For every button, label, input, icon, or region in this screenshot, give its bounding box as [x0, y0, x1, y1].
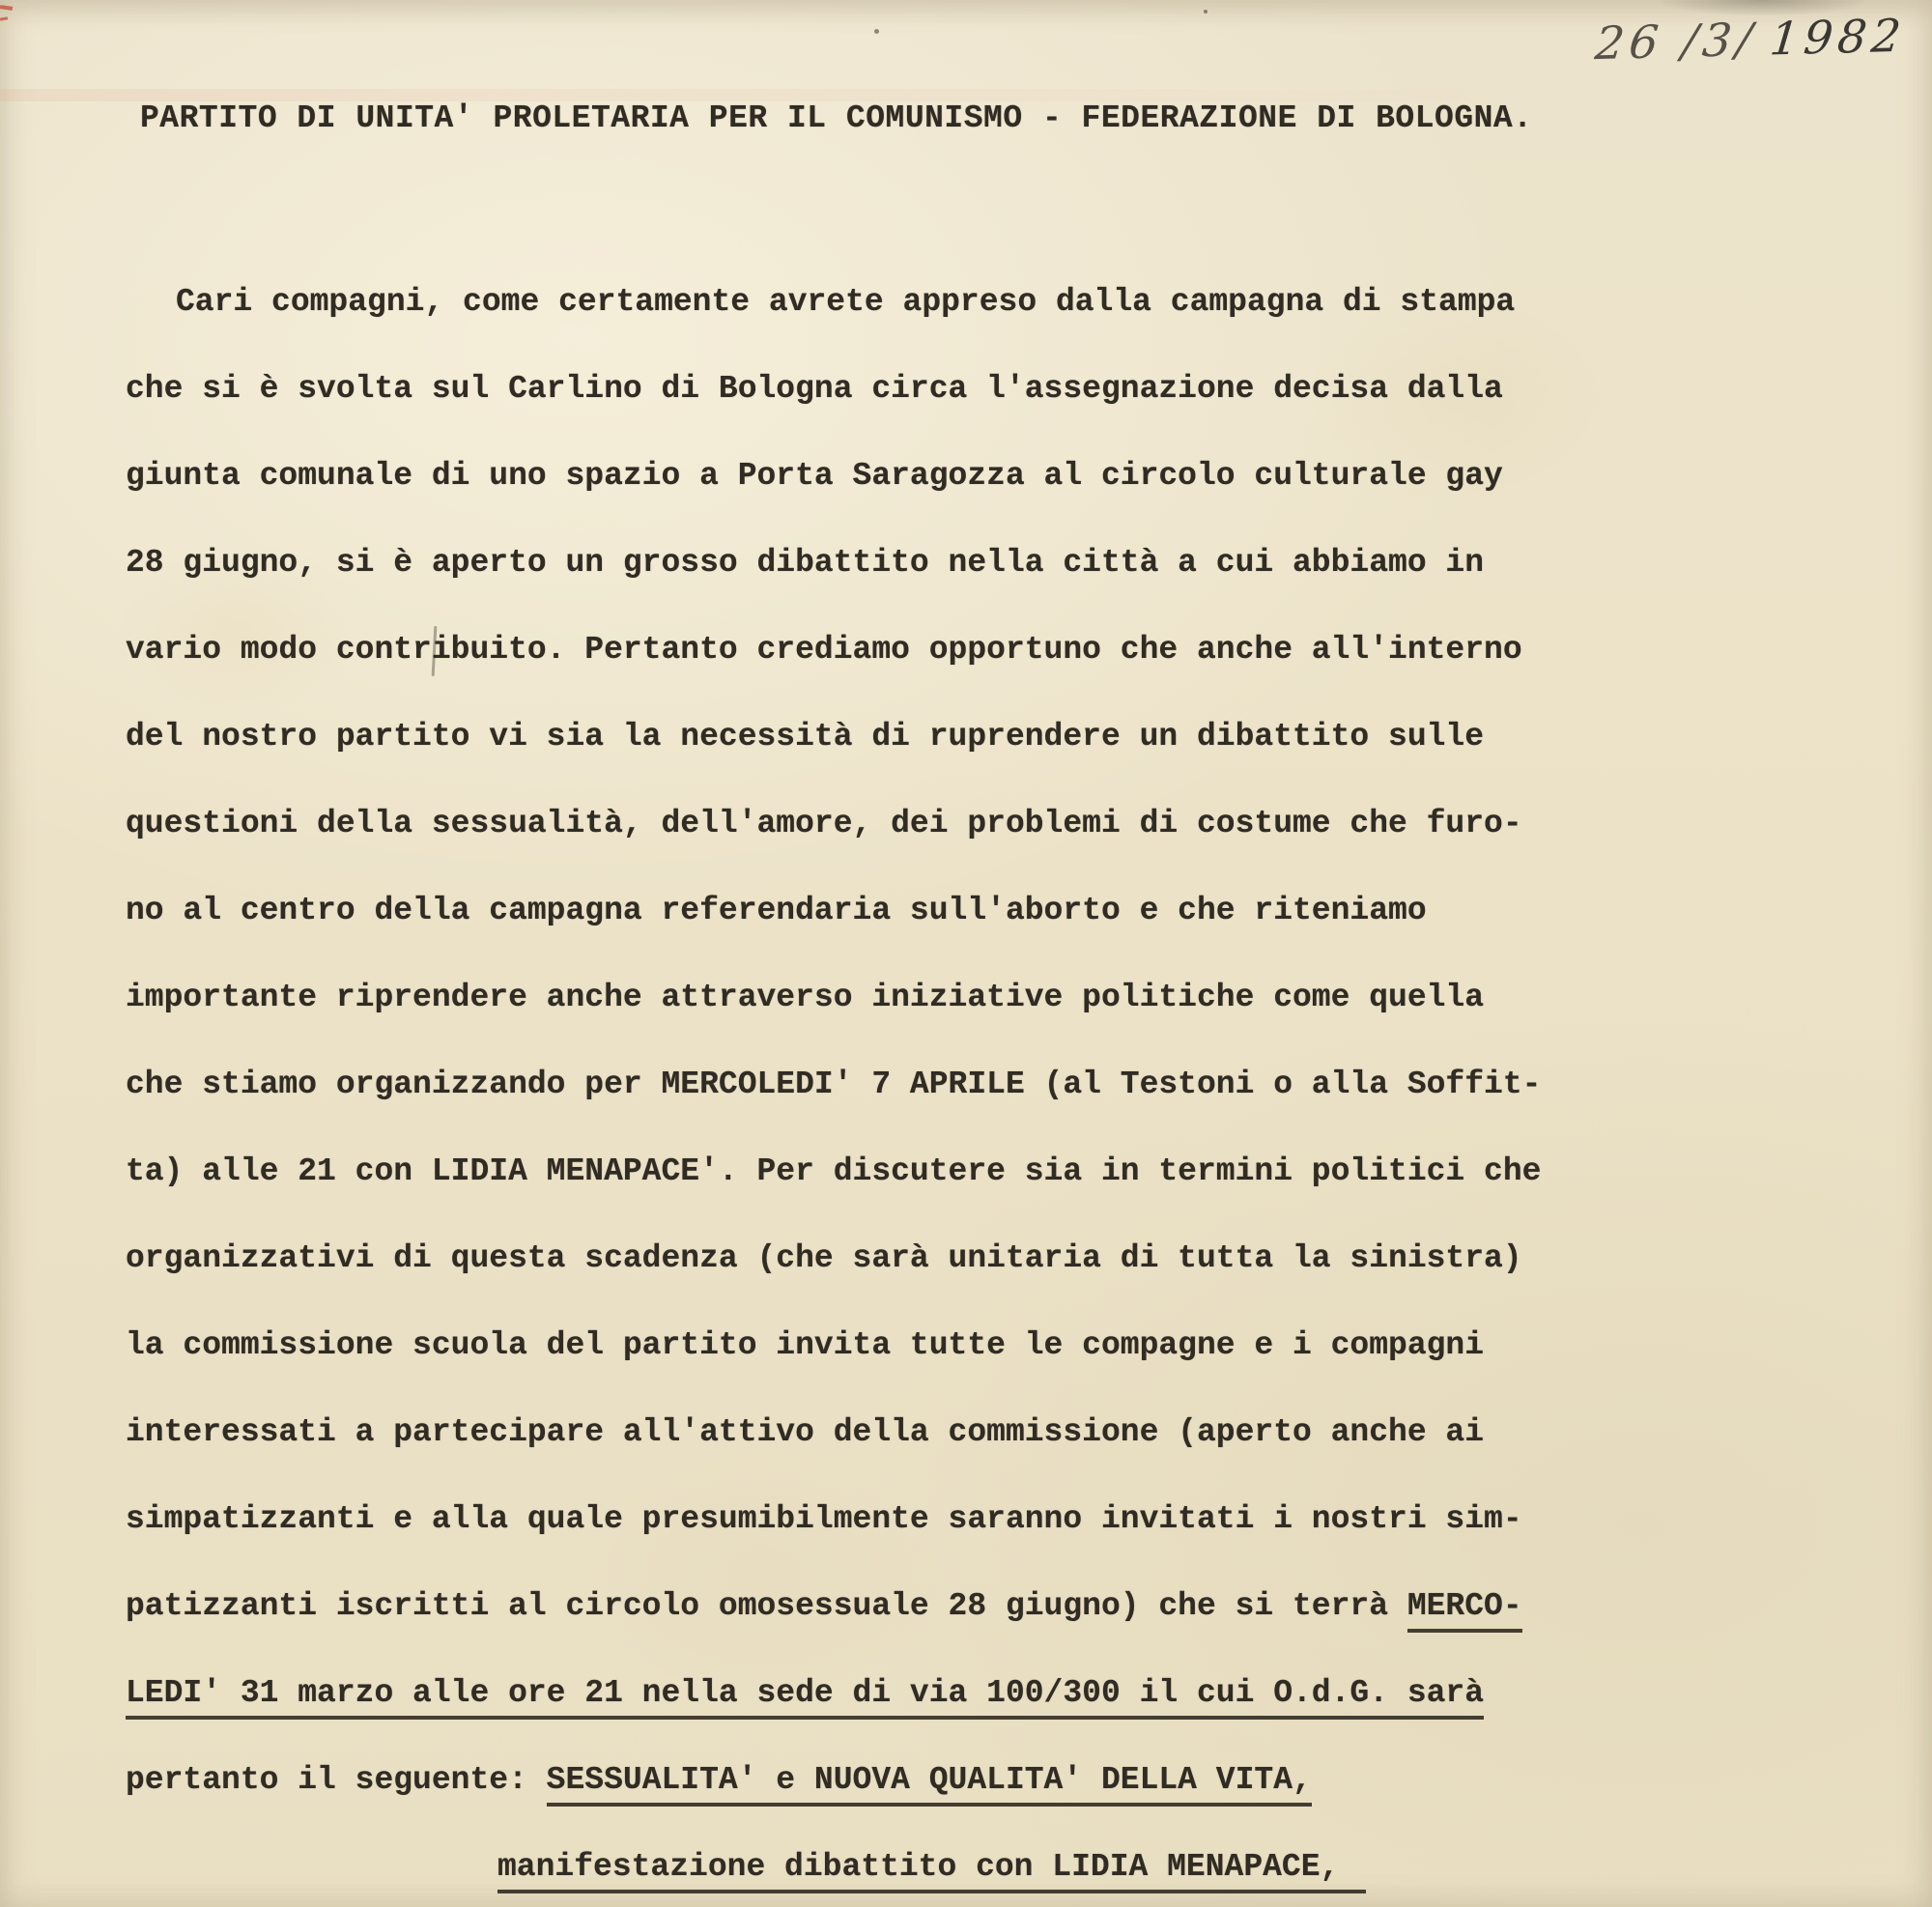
typed-text: del nostro partito vi sia la necessità d… — [126, 719, 1484, 754]
underlined-text: manifestazione dibattito con LIDIA MENAP… — [497, 1849, 1366, 1893]
typed-line: che si è svolta sul Carlino di Bologna c… — [126, 346, 1826, 433]
document-page: 26 /3/1982 PARTITO DI UNITA' PROLETARIA … — [0, 0, 1932, 1907]
typed-text: ta) alle 21 con LIDIA MENAPACE'. Per dis… — [126, 1153, 1541, 1189]
typed-line: 28 giugno, si è aperto un grosso dibatti… — [126, 520, 1826, 607]
typed-text: simpatizzanti e alla quale presumibilmen… — [126, 1501, 1522, 1537]
typed-text: che stiamo organizzando per MERCOLEDI' 7… — [126, 1067, 1541, 1102]
body-text: Cari compagni, come certamente avrete ap… — [126, 259, 1826, 1907]
paper-speck — [874, 29, 879, 34]
typed-line: patizzanti iscritti al circolo omosessua… — [126, 1563, 1826, 1650]
underlined-text: LEDI' 31 marzo alle ore 21 nella sede di… — [126, 1675, 1484, 1720]
typed-line: interessati a partecipare all'attivo del… — [126, 1389, 1826, 1476]
typed-text: patizzanti iscritti al circolo omosessua… — [126, 1588, 1407, 1624]
typed-line: organizzativi di questa scadenza (che sa… — [126, 1215, 1826, 1302]
typed-line: la commissione scuola del partito invita… — [126, 1302, 1826, 1389]
typed-line: no al centro della campagna referendaria… — [126, 868, 1826, 954]
typed-text: 28 giugno, si è aperto un grosso dibatti… — [126, 545, 1484, 581]
typed-text: no al centro della campagna referendaria… — [126, 893, 1427, 928]
typed-text: giunta comunale di uno spazio a Porta Sa… — [126, 458, 1503, 494]
red-fiber-mark — [0, 5, 13, 11]
typed-line: simpatizzanti e alla quale presumibilmen… — [126, 1476, 1826, 1563]
typed-line: manifestazione dibattito con LIDIA MENAP… — [126, 1824, 1826, 1907]
paper-speck — [1204, 10, 1207, 14]
typed-text: questioni della sessualità, dell'amore, … — [126, 806, 1522, 841]
typed-line: che stiamo organizzando per MERCOLEDI' 7… — [126, 1041, 1826, 1128]
underlined-text: SESSUALITA' e NUOVA QUALITA' DELLA VITA, — [547, 1762, 1312, 1807]
typed-line: questioni della sessualità, dell'amore, … — [126, 781, 1826, 868]
document-title: PARTITO DI UNITA' PROLETARIA PER IL COMU… — [140, 100, 1533, 136]
typed-text: che si è svolta sul Carlino di Bologna c… — [126, 371, 1503, 407]
typed-line: vario modo contribuito. Pertanto crediam… — [126, 607, 1826, 694]
handwritten-date: 26 /3/1982 — [1593, 10, 1908, 71]
typed-text: importante riprendere anche attraverso i… — [126, 980, 1484, 1015]
typed-line: importante riprendere anche attraverso i… — [126, 954, 1826, 1041]
typed-line: pertanto il seguente: SESSUALITA' e NUOV… — [126, 1737, 1826, 1824]
typed-line: giunta comunale di uno spazio a Porta Sa… — [126, 433, 1826, 520]
typed-line: Cari compagni, come certamente avrete ap… — [126, 259, 1826, 346]
typed-text: organizzativi di questa scadenza (che sa… — [126, 1240, 1522, 1276]
typed-line: LEDI' 31 marzo alle ore 21 nella sede di… — [126, 1650, 1826, 1737]
typed-line: ta) alle 21 con LIDIA MENAPACE'. Per dis… — [126, 1128, 1826, 1215]
typed-line: del nostro partito vi sia la necessità d… — [126, 694, 1826, 781]
red-fiber-mark — [0, 16, 8, 20]
typed-text: vario modo contribuito. Pertanto crediam… — [126, 632, 1522, 668]
handwritten-date-day-month: 26 /3/ — [1593, 14, 1759, 71]
handwritten-date-year: 1982 — [1768, 10, 1908, 67]
typed-text: pertanto il seguente: — [126, 1762, 547, 1798]
underlined-text: MERCO- — [1407, 1588, 1522, 1633]
typed-text: interessati a partecipare all'attivo del… — [126, 1414, 1484, 1450]
typed-text: Cari compagni, come certamente avrete ap… — [176, 284, 1515, 320]
typed-text: la commissione scuola del partito invita… — [126, 1327, 1484, 1363]
